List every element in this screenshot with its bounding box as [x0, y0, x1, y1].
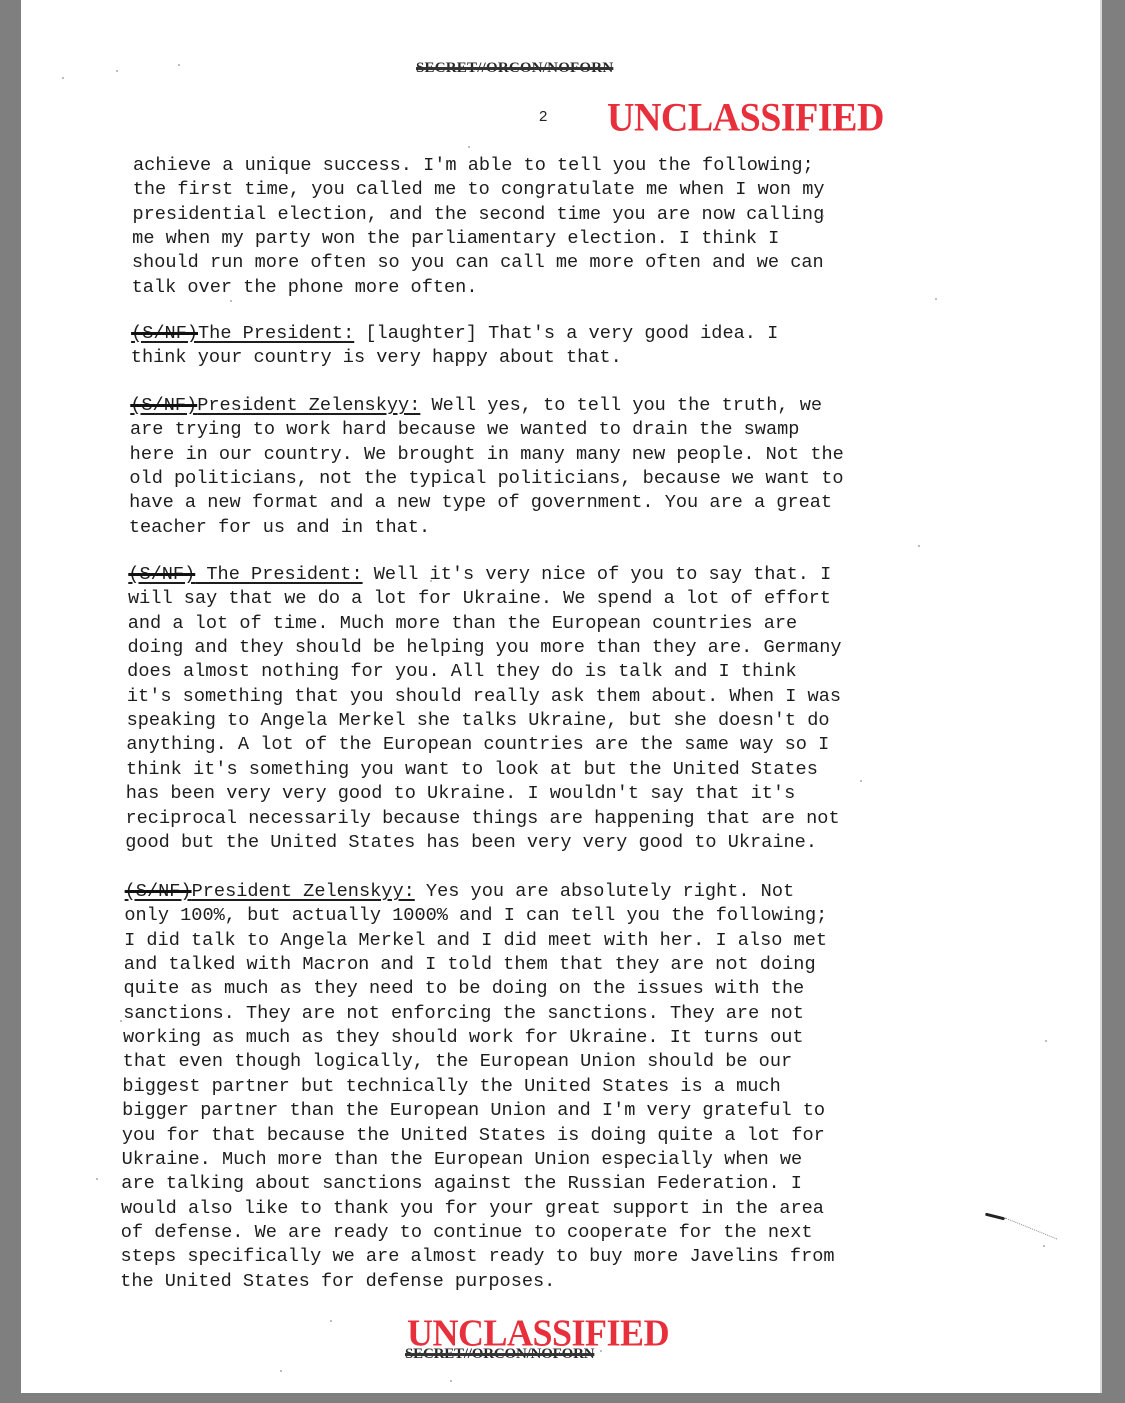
text-line: are trying to work hard because we wante… [130, 418, 799, 442]
line-text: Yes you are absolutely right. Not [415, 881, 794, 902]
text-line: working as much as they should work for … [123, 1026, 804, 1050]
classification-portion-marking: (S/NF) [128, 564, 195, 585]
text-line: (S/NF)The President: [laughter] That's a… [131, 322, 778, 346]
text-line: anything. A lot of the European countrie… [126, 733, 829, 757]
text-line: think it's something you want to look at… [126, 758, 818, 782]
scan-speck [812, 405, 814, 407]
text-line: here in our country. We brought in many … [130, 443, 844, 467]
scan-speck [62, 77, 64, 79]
speaker-label: (S/NF)President Zelenskyy: [125, 881, 415, 902]
speaker-name: President Zelenskyy: [192, 881, 415, 902]
text-line: will say that we do a lot for Ukraine. W… [128, 587, 831, 611]
text-line: doing and they should be helping you mor… [127, 636, 841, 660]
scan-speck [935, 298, 937, 300]
text-line: Ukraine. Much more than the European Uni… [122, 1148, 803, 1172]
text-line: have a new format and a new type of gove… [129, 491, 832, 515]
classification-portion-marking: (S/NF) [125, 881, 192, 902]
text-line: and talked with Macron and I told them t… [124, 953, 816, 977]
text-line: talk over the phone more often. [132, 276, 478, 300]
text-line: old politicians, not the typical politic… [129, 467, 843, 491]
classification-portion-marking: (S/NF) [130, 395, 197, 416]
text-line: presidential election, and the second ti… [132, 203, 824, 227]
text-line: would also like to thank you for your gr… [121, 1197, 824, 1221]
text-line: and a lot of time. Much more than the Eu… [128, 612, 797, 636]
text-line: quite as much as they need to be doing o… [124, 977, 805, 1001]
scan-speck [468, 146, 470, 148]
text-line: achieve a unique success. I'm able to te… [133, 154, 814, 178]
classification-portion-marking: (S/NF) [131, 323, 198, 344]
text-line: does almost nothing for you. All they do… [127, 660, 796, 684]
text-line: you for that because the United States i… [122, 1124, 825, 1148]
text-line: sanctions. They are not enforcing the sa… [123, 1002, 804, 1026]
speaker-label: (S/NF)The President: [131, 323, 354, 344]
line-text: Well yes, to tell you the truth, we [420, 395, 822, 416]
scan-speck [608, 620, 610, 622]
scan-speck [918, 545, 920, 547]
unclassified-stamp-header: UNCLASSIFIED [607, 95, 884, 141]
scan-speck [1045, 1040, 1047, 1042]
text-line: the United States for defense purposes. [120, 1270, 555, 1294]
classification-marking-header: SECRET//ORCON/NOFORN [416, 60, 613, 77]
text-line: reciprocal necessarily because things ar… [125, 807, 839, 831]
text-line: biggest partner but technically the Unit… [122, 1075, 780, 1099]
text-line: steps specifically we are almost ready t… [120, 1245, 834, 1269]
text-line: has been very very good to Ukraine. I wo… [126, 782, 795, 806]
text-line: that even though logically, the European… [123, 1050, 792, 1074]
scan-speck [450, 1380, 452, 1382]
scan-speck [178, 64, 180, 66]
scan-speck [860, 780, 862, 782]
page-number: 2 [539, 108, 547, 125]
page-edge [1100, 0, 1102, 1393]
line-text: [laughter] That's a very good idea. I [354, 323, 778, 344]
text-line: me when my party won the parliamentary e… [132, 227, 779, 251]
scan-speck [430, 580, 432, 582]
scan-speck [822, 215, 824, 217]
text-line: speaking to Angela Merkel she talks Ukra… [127, 709, 830, 733]
text-line: it's something that you should really as… [127, 685, 841, 709]
text-line: teacher for us and in that. [129, 516, 430, 540]
scan-speck [330, 1320, 332, 1322]
scan-speck [230, 300, 232, 302]
scan-speck [96, 1178, 98, 1180]
speaker-label: (S/NF) The President: [128, 564, 362, 585]
text-line: bigger partner than the European Union a… [122, 1099, 825, 1123]
classification-marking-footer: SECRET//ORCON/NOFORN [405, 1346, 594, 1363]
text-line: think your country is very happy about t… [131, 346, 622, 370]
text-line: (S/NF)President Zelenskyy: Well yes, to … [130, 394, 822, 418]
speaker-name: The President: [198, 323, 354, 344]
text-line: should run more often so you can call me… [132, 251, 824, 275]
text-line: only 100%, but actually 1000% and I can … [124, 904, 827, 928]
text-line: of defense. We are ready to continue to … [121, 1221, 813, 1245]
speaker-name: President Zelenskyy: [197, 395, 420, 416]
scan-speck [116, 70, 118, 72]
scan-speck [1043, 1245, 1045, 1247]
scan-speck [120, 1020, 122, 1022]
text-line: are talking about sanctions against the … [121, 1172, 802, 1196]
scan-speck [280, 1370, 282, 1372]
text-line: the first time, you called me to congrat… [133, 178, 825, 202]
text-line: I did talk to Angela Merkel and I did me… [124, 929, 827, 953]
text-line: (S/NF)President Zelenskyy: Yes you are a… [125, 880, 795, 904]
speaker-name: The President: [195, 564, 362, 585]
line-text: Well it's very nice of you to say that. … [363, 564, 832, 585]
speaker-label: (S/NF)President Zelenskyy: [130, 395, 420, 416]
text-line: (S/NF) The President: Well it's very nic… [128, 563, 831, 587]
scan-speck [600, 1350, 602, 1352]
text-line: good but the United States has been very… [125, 831, 817, 855]
